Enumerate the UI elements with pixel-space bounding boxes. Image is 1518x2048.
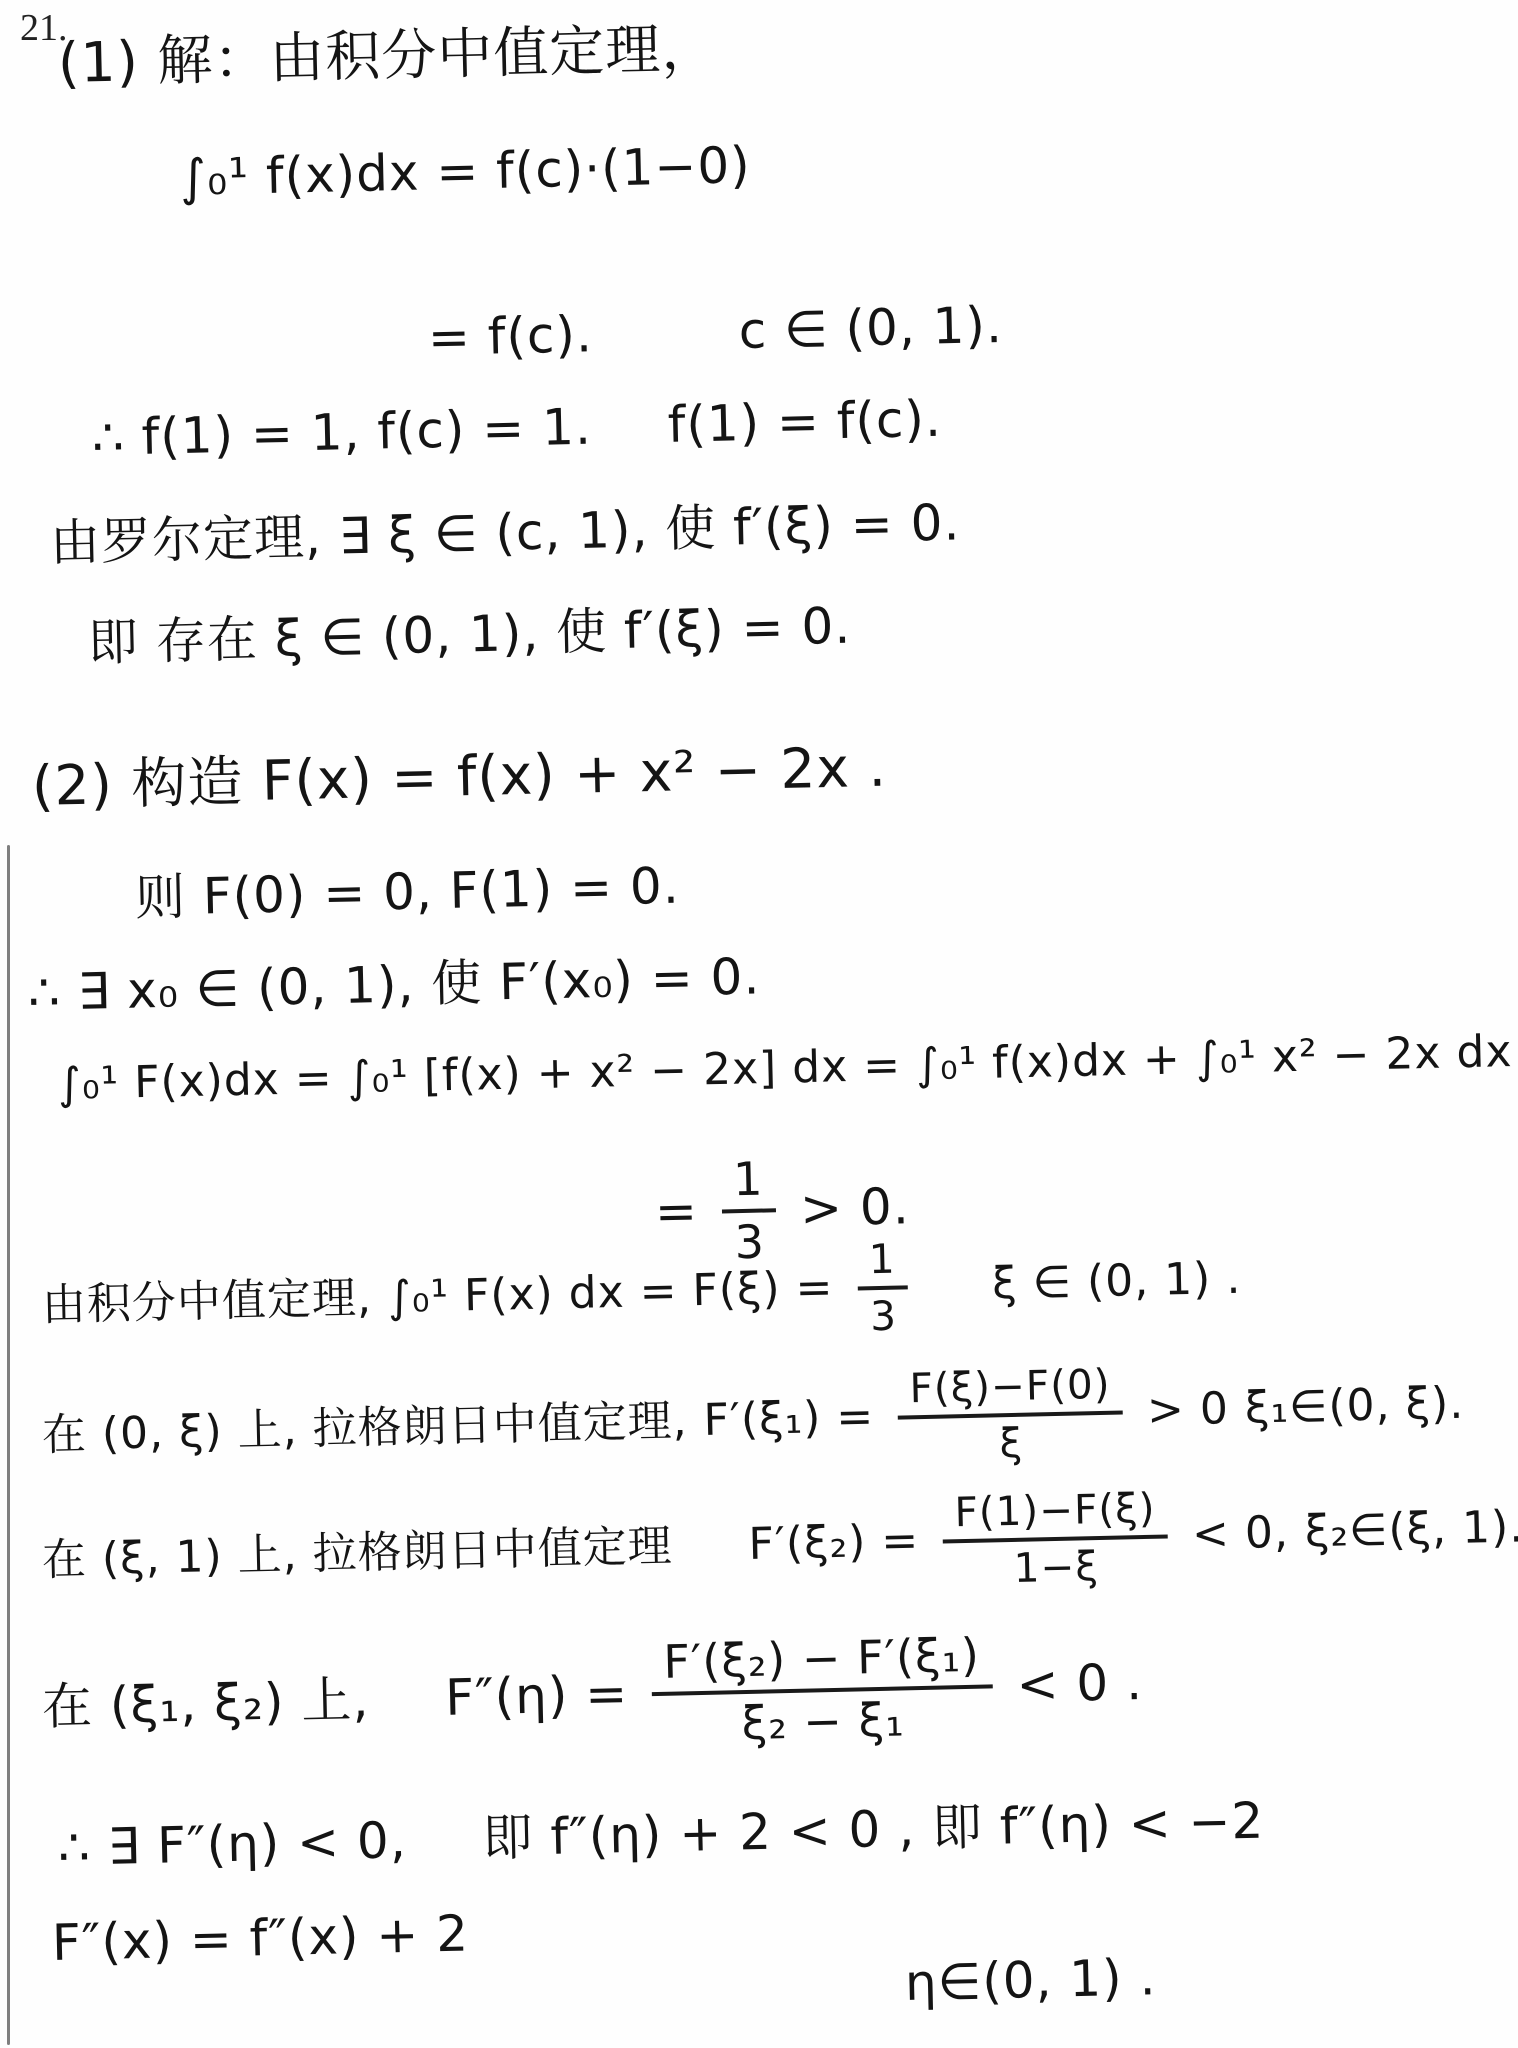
handwritten-page: 21. (1) 解：由积分中值定理， ∫₀¹ f(x)dx = f(c)·(1−… [0,0,1518,2048]
fraction-denominator: 3 [870,1289,898,1339]
part2-eta-condition-line: η∈(0, 1) . [904,1949,1157,2012]
part2-lagrange1-line: 在 (0, ξ) 上, 拉格朗日中值定理, F′(ξ₁) = F(ξ)−F(0)… [41,1353,1466,1488]
mvt-pre: 由积分中值定理, [41,1274,372,1332]
fraction-denominator: ξ₂ − ξ₁ [741,1690,905,1750]
second-derivative-post: < 0 . [1016,1654,1144,1714]
part2-boundary-text: 则 F(0) = 0, F(1) = 0. [134,858,680,928]
part2-integral-expand-text: ∫₀¹ F(x)dx = ∫₀¹ [f(x) + x² − 2x] dx = ∫… [57,1027,1513,1111]
fraction-numerator: 1 [856,1235,908,1290]
part2-final-line: ∴ ∃ F″(η) < 0, 即 f″(η) + 2 < 0 , 即 f″(η)… [57,1793,1265,1878]
fraction-denominator: 1−ξ [1013,1540,1099,1591]
lagrange2-condition: ξ₂∈(ξ, 1). [1304,1503,1518,1559]
one-third-post: > 0. [799,1178,910,1238]
final-implies-text: 即 f″(η) + 2 < 0 , 即 f″(η) < −2 [482,1793,1265,1868]
lagrange1-pre: 在 (0, ξ) 上, 拉格朗日中值定理, [41,1397,688,1462]
part1-conclusion-text: 即 存在 ξ ∈ (0, 1), 使 f′(ξ) = 0. [87,598,851,673]
mvt-mid: ∫₀¹ F(x) dx = F(ξ) = [387,1263,834,1324]
second-derivative-fraction: F′(ξ₂) − F′(ξ₁) ξ₂ − ξ₁ [651,1628,994,1751]
fraction-numerator: F(ξ)−F(0) [897,1360,1123,1419]
second-derivative-mid: F″(η) = [445,1666,629,1728]
part2-lagrange2-line: 在 (ξ, 1) 上, 拉格朗日中值定理 F′(ξ₂) = F(1)−F(ξ) … [41,1476,1518,1613]
part1-fc-equation: = f(c). c ∈ (0, 1). [427,297,1003,368]
fraction-denominator: ξ [999,1416,1024,1466]
part2-construct-text: (2) 构造 F(x) = f(x) + x² − 2x . [31,736,887,819]
part2-mvt-line: 由积分中值定理, ∫₀¹ F(x) dx = F(ξ) = 1 3 ξ ∈ (0… [41,1228,1243,1358]
second-derivative-pre: 在 (ξ₁, ξ₂) 上, [41,1672,370,1737]
lagrange2-fraction: F(1)−F(ξ) 1−ξ [942,1484,1169,1592]
lagrange1-mid: F′(ξ₁) = [703,1392,875,1446]
lagrange2-mid: F′(ξ₂) = [748,1516,920,1570]
part1-values-text: ∴ f(1) = 1, f(c) = 1. [91,399,592,468]
part2-exists-x0-text: ∴ ∃ x₀ ∈ (0, 1), 使 F′(x₀) = 0. [27,948,761,1022]
part2-second-derivative-line: 在 (ξ₁, ξ₂) 上, F″(η) = F′(ξ₂) − F′(ξ₁) ξ₂… [41,1625,1145,1766]
part2-construct-line: (2) 构造 F(x) = f(x) + x² − 2x . [31,736,887,819]
one-third-pre: = [654,1183,698,1241]
lagrange1-condition: ξ₁∈(0, ξ). [1244,1379,1464,1435]
final-exists-text: ∴ ∃ F″(η) < 0, [57,1812,407,1877]
part1-rolle-text: 由罗尔定理, ∃ ξ ∈ (c, 1), 使 f′(ξ) = 0. [49,494,961,572]
lagrange1-post: > 0 [1147,1384,1230,1436]
part1-conclusion-line: 即 存在 ξ ∈ (0, 1), 使 f′(ξ) = 0. [87,598,851,673]
part2-fxx-note-line: F″(x) = f″(x) + 2 [51,1906,469,1973]
part1-rolle-line: 由罗尔定理, ∃ ξ ∈ (c, 1), 使 f′(ξ) = 0. [49,494,961,572]
part1-values-line: ∴ f(1) = 1, f(c) = 1. f(1) = f(c). [91,391,942,468]
part1-header: (1) 解：由积分中值定理， [57,17,718,95]
part1-values-note: f(1) = f(c). [667,391,942,455]
fraction-numerator: F′(ξ₂) − F′(ξ₁) [651,1628,993,1696]
part2-integral-expand-line: ∫₀¹ F(x)dx = ∫₀¹ [f(x) + x² − 2x] dx = ∫… [57,1027,1513,1111]
lagrange2-post: < 0, [1192,1508,1290,1561]
part1-integral-equation: ∫₀¹ f(x)dx = f(c)·(1−0) [179,137,751,207]
fxx-note-text: F″(x) = f″(x) + 2 [51,1906,469,1973]
part1-integral-text: ∫₀¹ f(x)dx = f(c)·(1−0) [179,137,751,207]
scan-edge-line [7,845,10,2045]
part1-header-text: (1) 解：由积分中值定理， [57,17,718,95]
part1-fc-text: = f(c). [427,306,593,367]
mvt-fraction: 1 3 [856,1235,909,1339]
fraction-numerator: F(1)−F(ξ) [942,1484,1168,1543]
part2-exists-x0-line: ∴ ∃ x₀ ∈ (0, 1), 使 F′(x₀) = 0. [27,948,761,1022]
lagrange1-fraction: F(ξ)−F(0) ξ [897,1360,1124,1468]
lagrange2-pre: 在 (ξ, 1) 上, 拉格朗日中值定理 [41,1522,673,1587]
eta-condition-text: η∈(0, 1) . [904,1949,1157,2012]
part1-fc-condition: c ∈ (0, 1). [738,297,1003,360]
fraction-numerator: 1 [721,1152,777,1213]
part2-boundary-line: 则 F(0) = 0, F(1) = 0. [134,858,680,928]
mvt-condition: ξ ∈ (0, 1) . [992,1254,1242,1310]
